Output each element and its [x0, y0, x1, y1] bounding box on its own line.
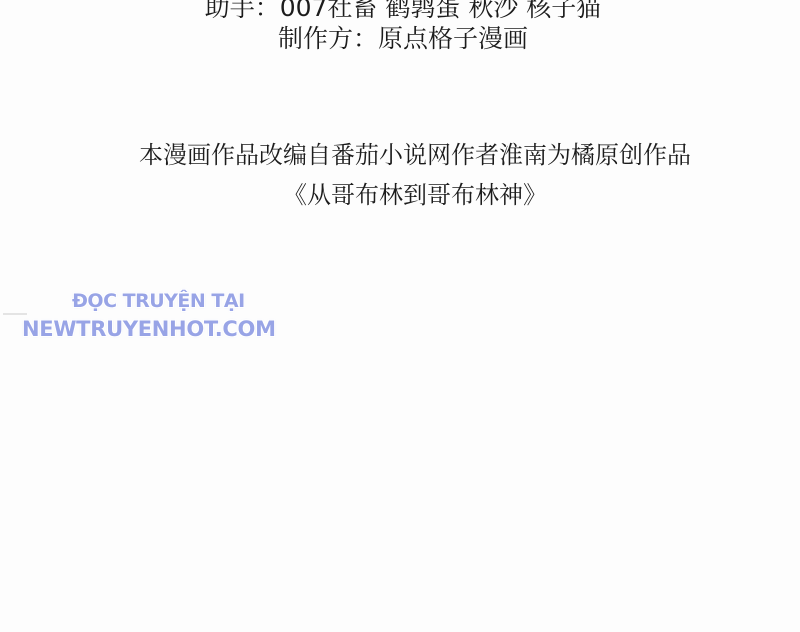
producer-credit: 制作方：原点格子漫画: [3, 19, 800, 55]
watermark-read-at: ĐỌC TRUYỆN TẠI: [72, 290, 245, 312]
watermark-faint-mark: [3, 313, 27, 315]
original-work-title: 《从哥布林到哥布林神》: [15, 175, 800, 210]
adaptation-notice: 本漫画作品改编自番茄小说网作者淮南为橘原创作品: [15, 135, 800, 170]
watermark-site: NEWTRUYENHOT.COM: [22, 317, 276, 341]
